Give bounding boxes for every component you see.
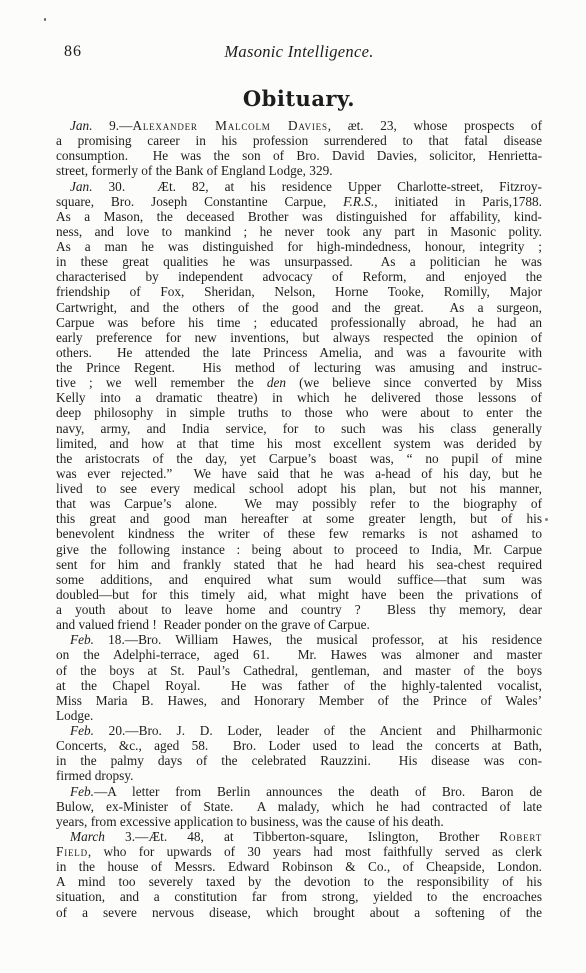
text-line: this great and good man hereafter at som… [56,511,542,526]
text-line: Concerts, &c., aged 58. Bro. Loder used … [56,738,542,753]
text-line: square, Bro. Joseph Constantine Carpue, … [56,194,542,209]
text-line: and valued friend ! Reader ponder on the… [56,617,542,632]
text-line: situation, and a constitution far from s… [56,889,542,904]
text-line: Jan. 30. Æt. 82, at his residence Upper … [56,179,542,194]
text-line: in the house of Messrs. Edward Robinson … [56,859,542,874]
text-line: the Prince Regent. His method of lecturi… [56,360,542,375]
text-line: street, formerly of the Bank of England … [56,163,542,178]
text-line: navy, army, and India service, for to su… [56,421,542,436]
text-line: early preference for new inventions, but… [56,330,542,345]
text-line: in these great qualities he was unsurpas… [56,254,542,269]
text-line: characterised by independent advocacy of… [56,269,542,284]
text-line: Feb.—A letter from Berlin announces the … [56,784,542,799]
text-line: of the boys at St. Paul’s Cathedral, gen… [56,663,542,678]
paragraph: Feb. 20.—Bro. J. D. Loder, leader of the… [56,723,542,784]
text-line: As a Mason, the deceased Brother was dis… [56,209,542,224]
text-line: Cartwright, and the others of the good a… [56,300,542,315]
text-line: firmed dropsy. [56,768,542,783]
text-line: that was Carpue’s alone. We may possibly… [56,496,542,511]
paragraph: March 3.—Æt. 48, at Tibberton-square, Is… [56,829,542,920]
paragraph: Jan. 9.—Alexander Malcolm Davies, æt. 23… [56,118,542,179]
text-line: Miss Maria B. Hawes, and Honorary Member… [56,693,542,708]
text-line: consumption. He was the son of Bro. Davi… [56,148,542,163]
paragraph: Feb. 18.—Bro. William Hawes, the musical… [56,632,542,723]
paragraph: Jan. 30. Æt. 82, at his residence Upper … [56,179,542,633]
text-line: Bulow, ex-Minister of State. A malady, w… [56,799,542,814]
text-line: Lodge. [56,708,542,723]
text-line: March 3.—Æt. 48, at Tibberton-square, Is… [56,829,542,844]
scan-speck [545,518,548,521]
text-line: at the Chapel Royal. He was father of th… [56,678,542,693]
running-title: Masonic Intelligence. [56,42,542,62]
text-line: As a man he was distinguished for high-m… [56,239,542,254]
paragraph: Feb.—A letter from Berlin announces the … [56,784,542,829]
text-line: sent for him and frankly stated that he … [56,557,542,572]
text-line: ness, and love to mankind ; he never too… [56,224,542,239]
text-line: lived to see every medical school adopt … [56,481,542,496]
page-header: 86 Masonic Intelligence. [56,42,542,62]
text-line: a promising career in his profession sur… [56,133,542,148]
text-line: was ever rejected.” We have said that he… [56,466,542,481]
text-line: deep philosophy in simple truths to thos… [56,405,542,420]
obituary-text: Jan. 9.—Alexander Malcolm Davies, æt. 23… [56,118,542,920]
text-line: tive ; we well remember the den (we beli… [56,375,542,390]
text-line: others. He attended the late Princess Am… [56,345,542,360]
text-line: benevolent kindness the writer of these … [56,526,542,541]
text-line: the aristocrats of the day, yet Carpue’s… [56,451,542,466]
text-line: A mind too severely taxed by the devotio… [56,874,542,889]
text-line: Feb. 20.—Bro. J. D. Loder, leader of the… [56,723,542,738]
text-line: Jan. 9.—Alexander Malcolm Davies, æt. 23… [56,118,542,133]
text-line: years, from excessive application to bus… [56,814,542,829]
text-line: in the palmy days of the celebrated Rauz… [56,753,542,768]
text-line: give the following instance : being abou… [56,542,542,557]
text-line: Field, who for upwards of 30 years had m… [56,844,542,859]
text-line: limited, and how at that time his most e… [56,436,542,451]
text-line: Feb. 18.—Bro. William Hawes, the musical… [56,632,542,647]
text-line: Carpue was before his time ; educated pr… [56,315,542,330]
text-line: friendship of Fox, Sheridan, Nelson, Hor… [56,284,542,299]
scan-speck [44,18,46,21]
scanned-page: 86 Masonic Intelligence. Obituary. Jan. … [0,0,586,973]
section-heading: Obituary. [56,86,542,111]
text-line: of a severe nervous disease, which broug… [56,905,542,920]
text-line: some additions, and enquired what sum wo… [56,572,542,587]
text-line: Kelly into a dramatic theatre) in which … [56,390,542,405]
text-line: a youth about to leave home and country … [56,602,542,617]
text-line: on the Adelphi-terrace, aged 61. Mr. Haw… [56,647,542,662]
text-line: doubled—but for this timely aid, what mi… [56,587,542,602]
